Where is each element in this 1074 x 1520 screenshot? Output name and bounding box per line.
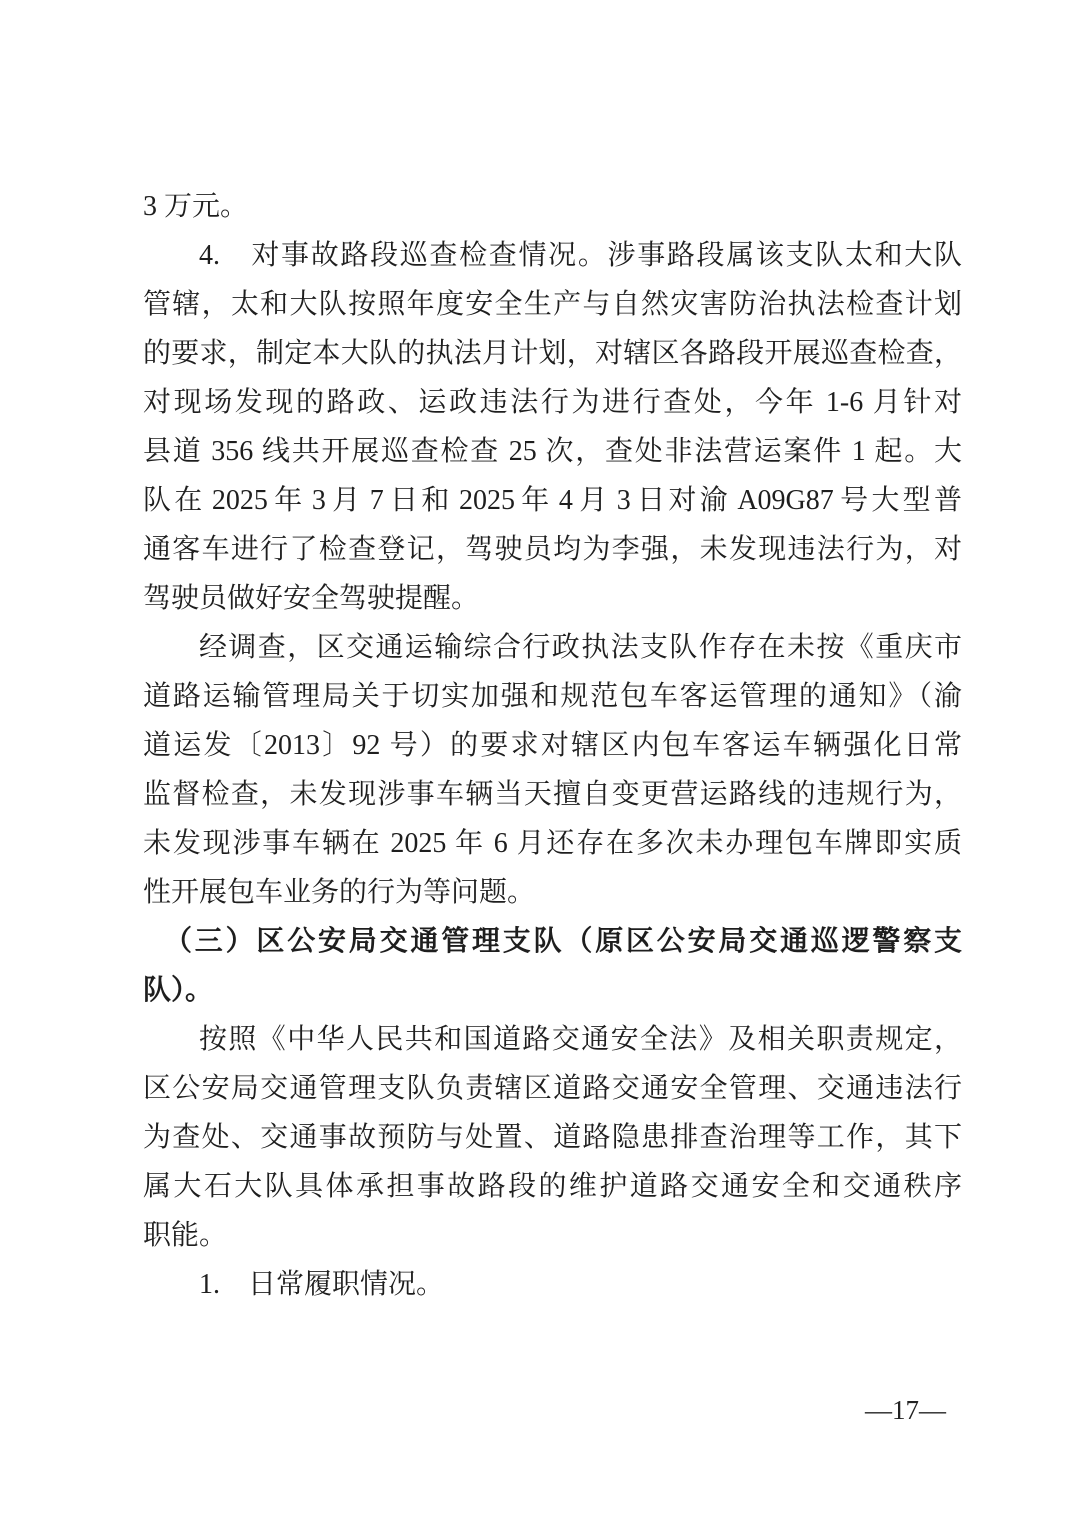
text-line: 通客车进行了检查登记，驾驶员均为李强，未发现违法行为，对 (143, 525, 962, 574)
text-line: 队在 2025 年 3 月 7 日和 2025 年 4 月 3 日对渝 A09G… (143, 476, 962, 525)
text-line: 3 万元。 (143, 182, 962, 231)
text-line: 道路运输管理局关于切实加强和规范包车客运管理的通知》（渝 (143, 672, 962, 721)
text-line: 属大石大队具体承担事故路段的维护道路交通安全和交通秩序 (143, 1162, 962, 1211)
page-number: —17— (865, 1394, 946, 1426)
text-line: 监督检查，未发现涉事车辆当天擅自变更营运路线的违规行为， (143, 770, 962, 819)
text-line: 按照《中华人民共和国道路交通安全法》及相关职责规定， (143, 1015, 962, 1064)
text-line: 未发现涉事车辆在 2025 年 6 月还存在多次未办理包车牌即实质 (143, 819, 962, 868)
text-line: 对现场发现的路政、运政违法行为进行查处，今年 1-6 月针对 (143, 378, 962, 427)
section-heading-line: 队）。 (143, 966, 962, 1015)
text-line: 职能。 (143, 1211, 962, 1260)
text-line: 管辖，太和大队按照年度安全生产与自然灾害防治执法检查计划 (143, 280, 962, 329)
text-line: 4. 对事故路段巡查检查情况。涉事路段属该支队太和大队 (143, 231, 962, 280)
document-page: 3 万元。 4. 对事故路段巡查检查情况。涉事路段属该支队太和大队 管辖，太和大… (0, 0, 1074, 1520)
text-line: 经调查，区交通运输综合行政执法支队作存在未按《重庆市 (143, 623, 962, 672)
text-line: 县道 356 线共开展巡查检查 25 次，查处非法营运案件 1 起。大 (143, 427, 962, 476)
text-line: 为查处、交通事故预防与处置、道路隐患排查治理等工作，其下 (143, 1113, 962, 1162)
text-line: 区公安局交通管理支队负责辖区道路交通安全管理、交通违法行 (143, 1064, 962, 1113)
text-line: 1. 日常履职情况。 (143, 1260, 962, 1309)
text-line: 道运发〔2013〕92 号）的要求对辖区内包车客运车辆强化日常 (143, 721, 962, 770)
section-heading-line: （三）区公安局交通管理支队（原区公安局交通巡逻警察支 (143, 917, 962, 966)
text-line: 的要求，制定本大队的执法月计划，对辖区各路段开展巡查检查， (143, 329, 962, 378)
document-body: 3 万元。 4. 对事故路段巡查检查情况。涉事路段属该支队太和大队 管辖，太和大… (143, 182, 962, 1309)
text-line: 性开展包车业务的行为等问题。 (143, 868, 962, 917)
text-line: 驾驶员做好安全驾驶提醒。 (143, 574, 962, 623)
